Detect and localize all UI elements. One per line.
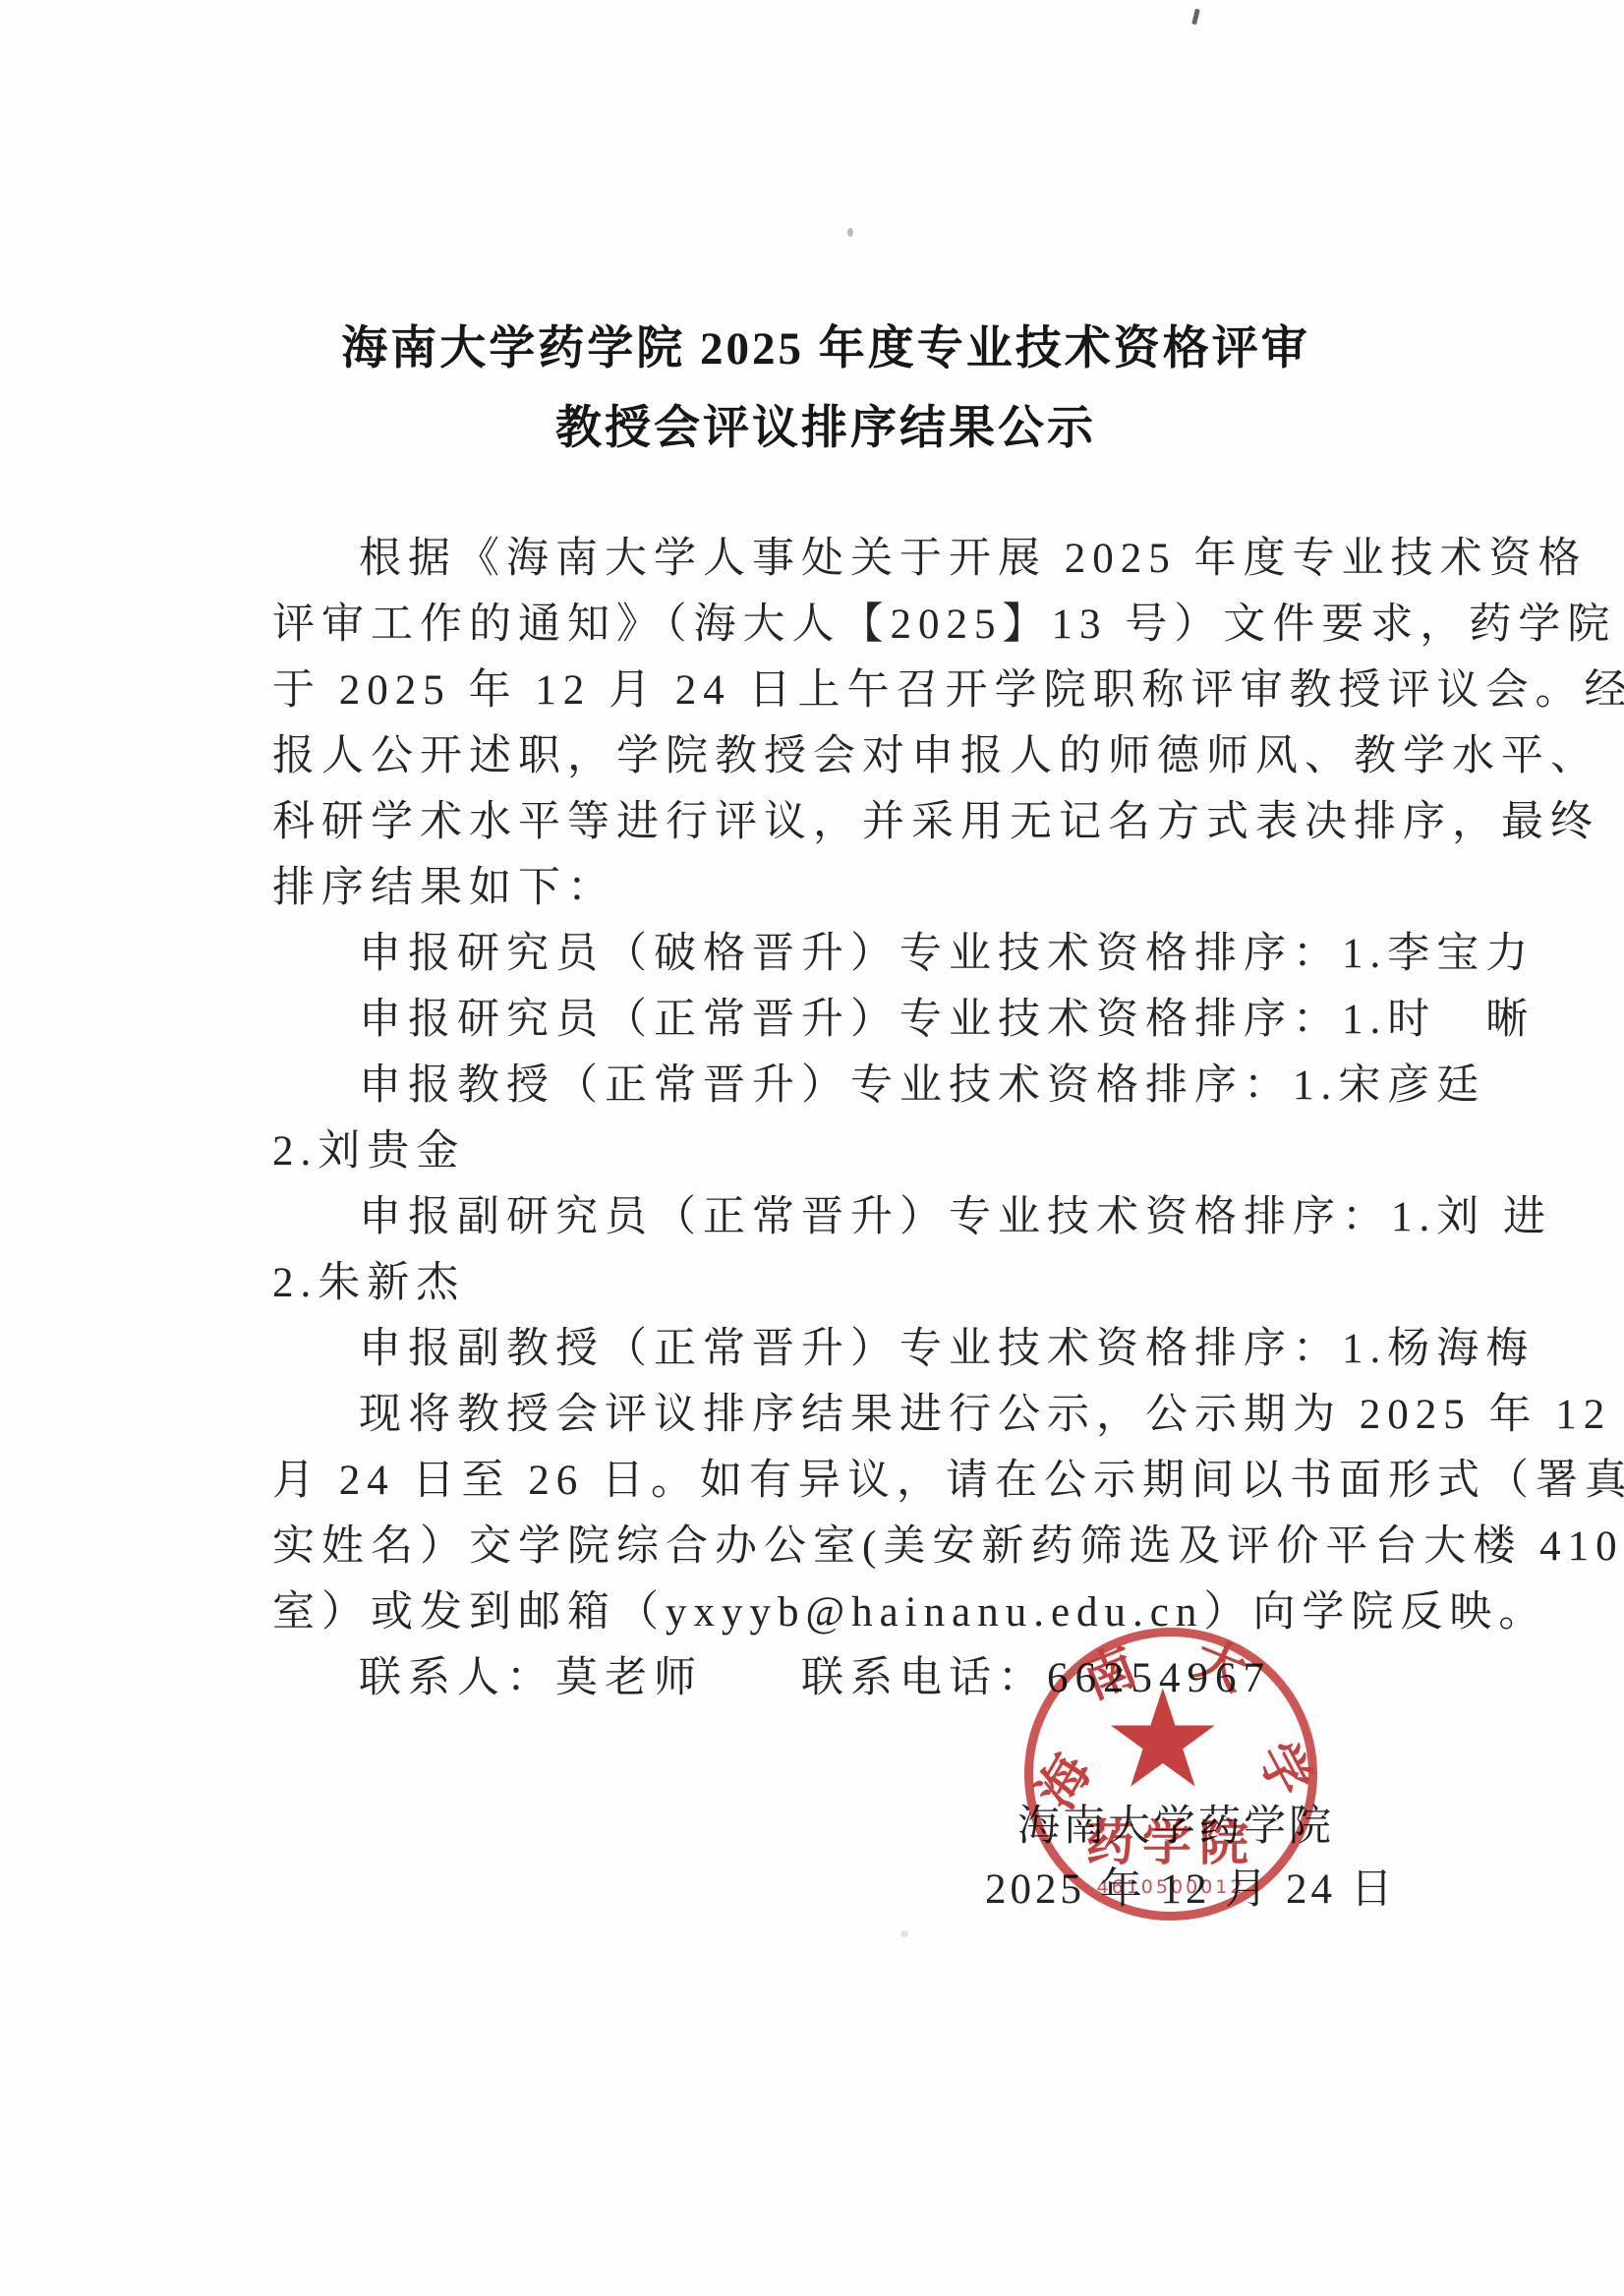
ranking-line-researcher-normal: 申报研究员（正常晋升）专业技术资格排序：1.时 晰 bbox=[272, 987, 1378, 1053]
body-line-14: 现将教授会评议排序结果进行公示，公示期为 2025 年 12 bbox=[272, 1382, 1378, 1448]
body-line-16: 实姓名）交学院综合办公室(美安新药筛选及评价平台大楼 410 bbox=[272, 1514, 1378, 1579]
body-line-2: 评审工作的通知》（海大人【2025】13 号）文件要求，药学院 bbox=[272, 592, 1378, 658]
ranking-line-assoc-professor: 申报副教授（正常晋升）专业技术资格排序：1.杨海梅 bbox=[272, 1316, 1378, 1382]
ranking-line-assoc-researcher: 申报副研究员（正常晋升）专业技术资格排序：1.刘 进 bbox=[272, 1184, 1378, 1250]
body-line-6: 排序结果如下： bbox=[272, 855, 1378, 921]
title-line-2: 教授会评议排序结果公示 bbox=[14, 404, 1624, 453]
ranking-line-assoc-researcher-2: 2.朱新杰 bbox=[272, 1250, 1378, 1316]
document-title: 海南大学药学院 2025 年度专业技术资格评审 教授会评议排序结果公示 bbox=[14, 324, 1624, 453]
signature-date: 2025 年 12 月 24 日 bbox=[985, 1856, 1397, 1916]
scanned-document-page: 海南大学药学院 2025 年度专业技术资格评审 教授会评议排序结果公示 根据《海… bbox=[0, 0, 1624, 2296]
ink-speck bbox=[1191, 9, 1200, 26]
ranking-line-professor-normal: 申报教授（正常晋升）专业技术资格排序：1.宋彦廷 bbox=[272, 1053, 1378, 1119]
ranking-line-researcher-exceptional: 申报研究员（破格晋升）专业技术资格排序：1.李宝力 bbox=[272, 921, 1378, 987]
ink-speck bbox=[847, 228, 853, 237]
title-line-1: 海南大学药学院 2025 年度专业技术资格评审 bbox=[14, 324, 1624, 373]
body-line-17: 室）或发到邮箱（yxyyb@hainanu.edu.cn）向学院反映。 bbox=[272, 1579, 1378, 1645]
body-line-3: 于 2025 年 12 月 24 日上午召开学院职称评审教授评议会。经申 bbox=[272, 658, 1378, 723]
ink-speck bbox=[900, 1930, 908, 1937]
body-line-15: 月 24 日至 26 日。如有异议，请在公示期间以书面形式（署真 bbox=[272, 1448, 1378, 1514]
signature-org: 海南大学药学院 bbox=[1017, 1793, 1334, 1853]
ranking-line-professor-normal-2: 2.刘贵金 bbox=[272, 1119, 1378, 1184]
body-line-4: 报人公开述职，学院教授会对申报人的师德师风、教学水平、 bbox=[272, 723, 1378, 789]
body-line-5: 科研学术水平等进行评议，并采用无记名方式表决排序，最终 bbox=[272, 789, 1378, 855]
document-body: 根据《海南大学人事处关于开展 2025 年度专业技术资格 评审工作的通知》（海大… bbox=[272, 526, 1378, 1711]
contact-line: 联系人：莫老师 联系电话：66254967 bbox=[272, 1645, 1378, 1711]
body-line-1: 根据《海南大学人事处关于开展 2025 年度专业技术资格 bbox=[272, 526, 1378, 592]
